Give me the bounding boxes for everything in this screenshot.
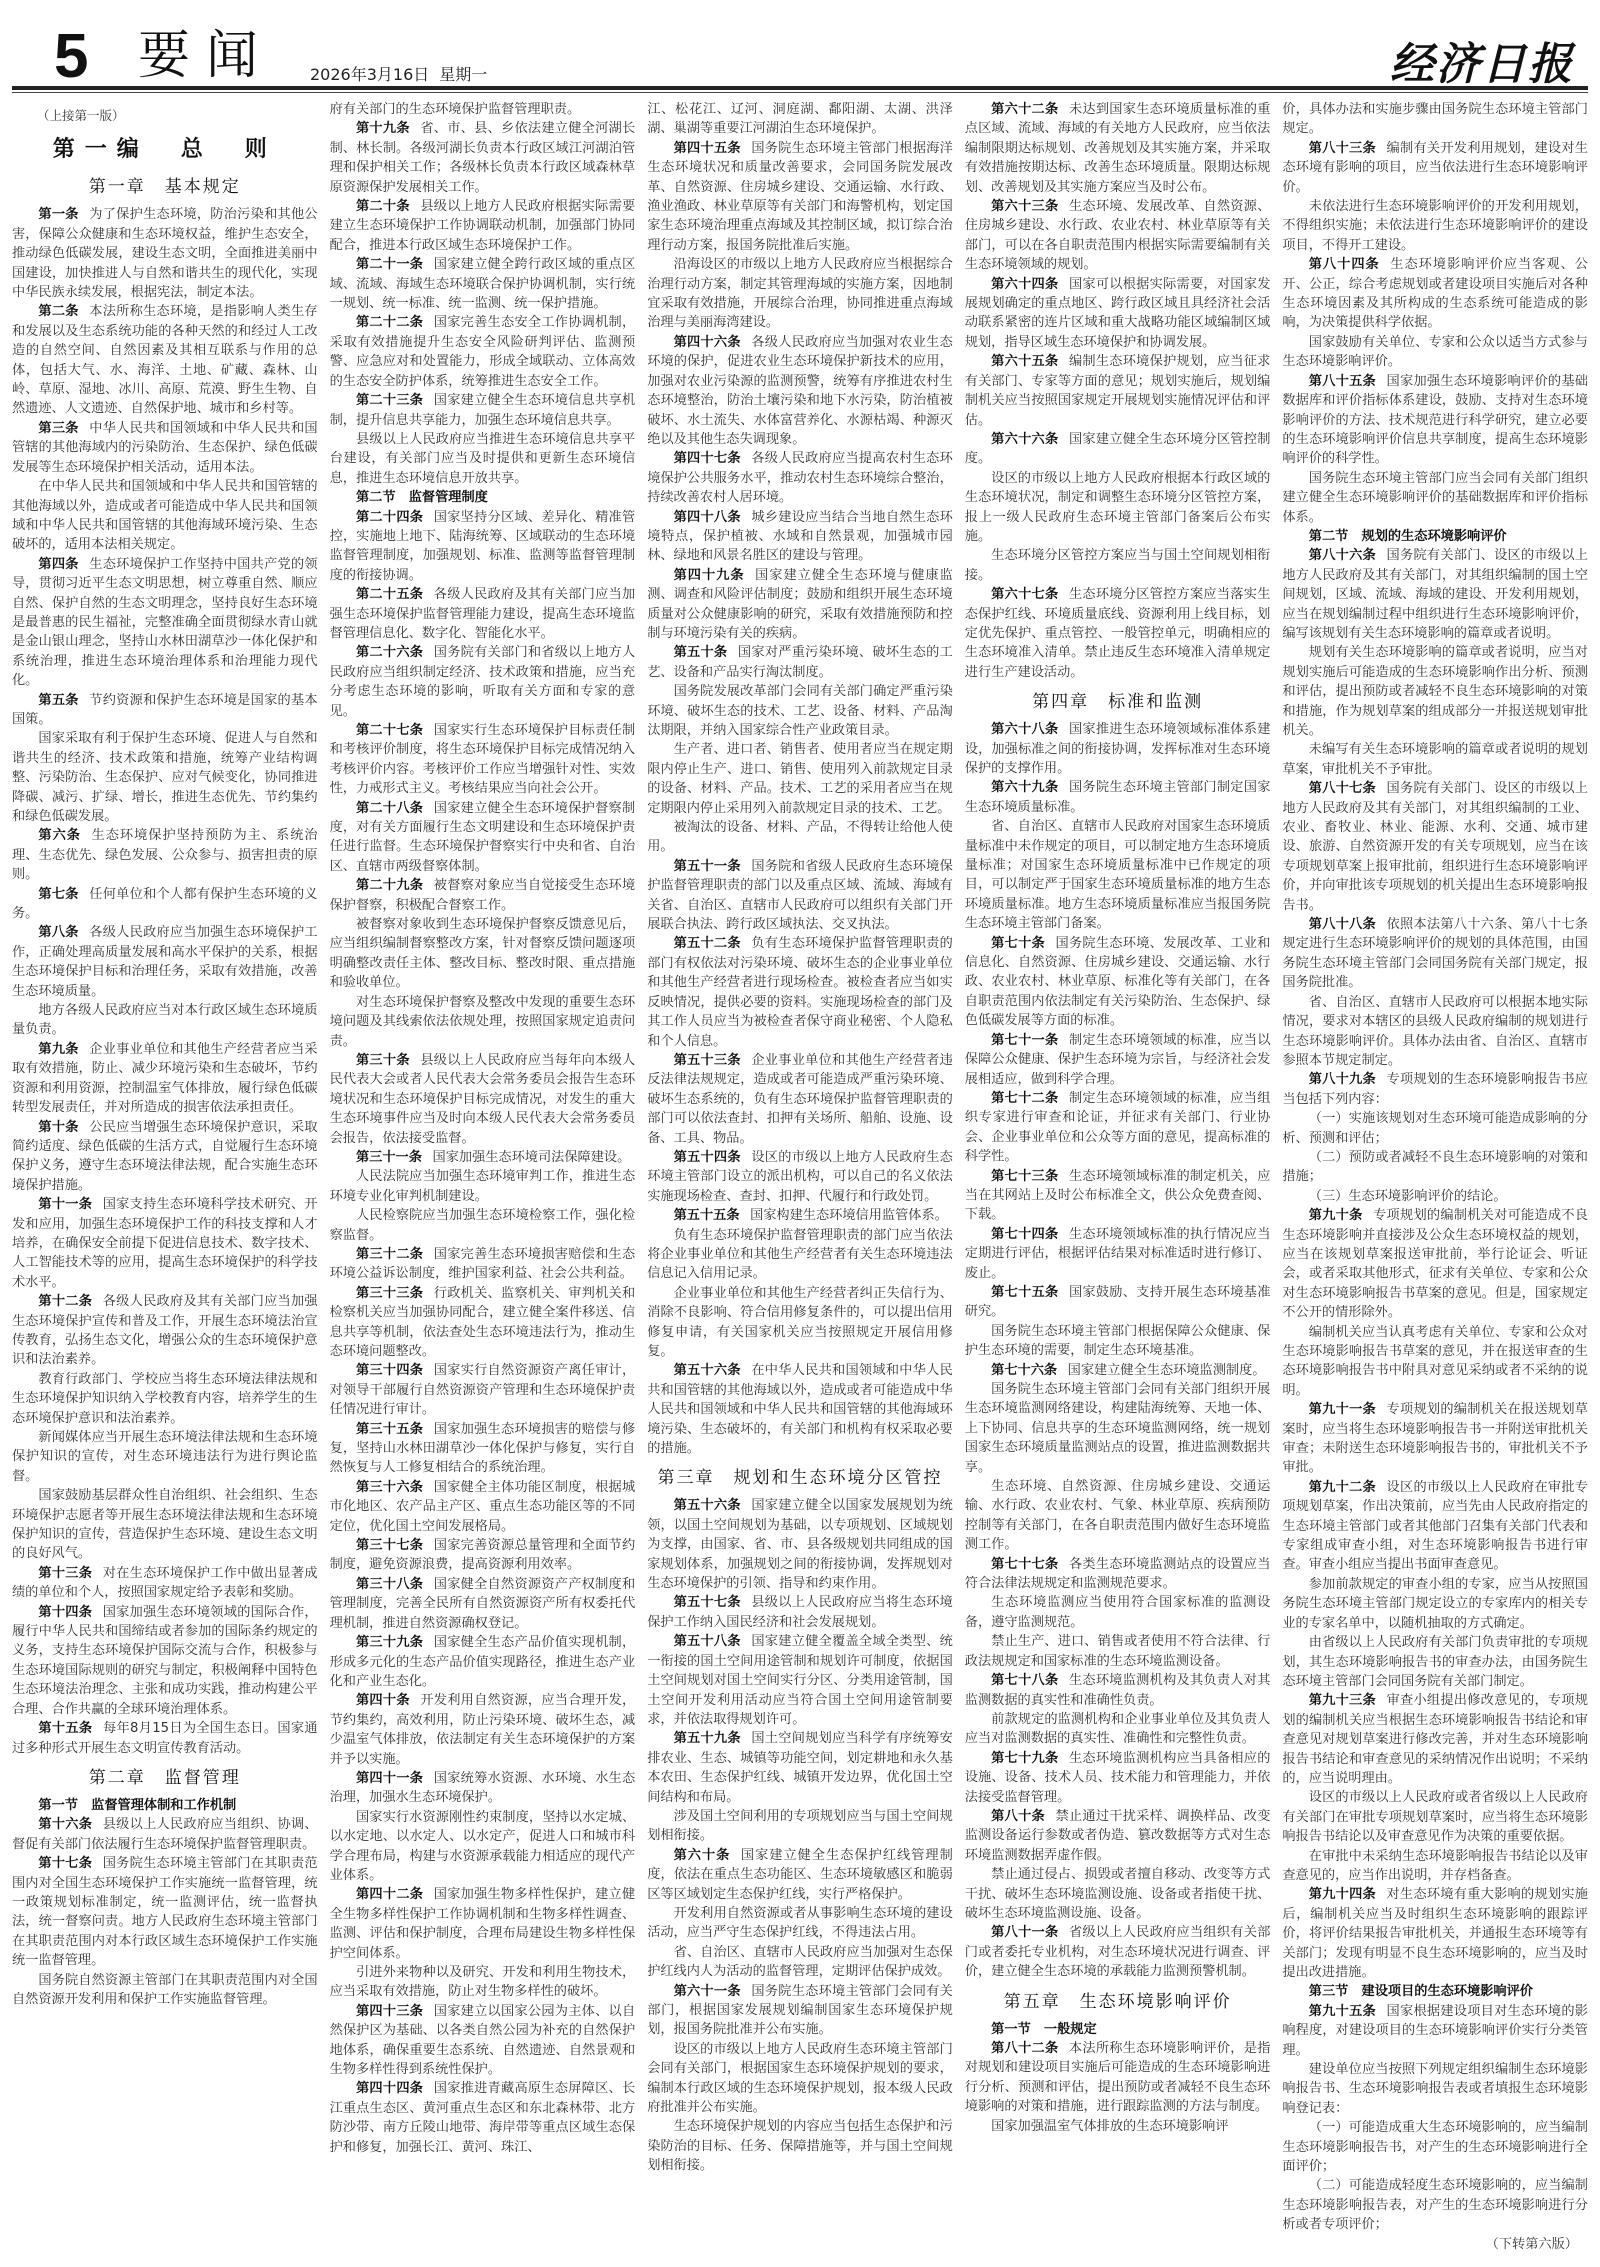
- article-text: 国家构建生态环境信用监管体系。: [750, 1208, 948, 1223]
- header-rule-thin: [12, 92, 1588, 93]
- article-paragraph: 第六条生态环境保护坚持预防为主、系统治理、生态优先、绿色发展、公众参与、损害担责…: [12, 826, 318, 884]
- body-paragraph: 生态环境、自然资源、住房城乡建设、交通运输、水行政、农业农村、气象、林业草原、疾…: [965, 1477, 1271, 1555]
- article-number: 第二十六条: [356, 645, 423, 660]
- article-paragraph: 第九十条专项规划的编制机关对可能造成不良生态环境影响并直接涉及公众生态环境权益的…: [1282, 1206, 1588, 1322]
- article-number: 第五十条: [674, 645, 728, 660]
- body-paragraph: 被淘汰的设备、材料、产品，不得转让给他人使用。: [647, 818, 953, 857]
- article-paragraph: 第五十七条县级以上人民政府应当将生态环境保护工作纳入国民经济和社会发展规划。: [647, 1593, 953, 1632]
- article-paragraph: 第七十八条生态环境监测机构及其负责人对其监测数据的真实性和准确性负责。: [965, 1671, 1271, 1710]
- article-paragraph: 第六十条国家建立健全生态保护红线管理制度，依法在重点生态功能区、生态环境敏感区和…: [647, 1846, 953, 1904]
- body-paragraph: 规划有关生态环境影响的篇章或者说明，应当对规划实施后可能造成的生态环境影响作出分…: [1282, 643, 1588, 740]
- article-number: 第二十二条: [356, 315, 423, 330]
- article-text: 负有生态环境保护监督管理职责的部门有权依法对污染环境、破坏生态的企业事业单位和其…: [647, 936, 953, 1048]
- article-paragraph: 第六十四条国家可以根据实际需要，对国家发展规划确定的重点地区、跨行政区域且具经济…: [965, 275, 1271, 353]
- article-number: 第六十一条: [674, 1984, 741, 1999]
- article-paragraph: 第八十四条生态环境影响评价应当客观、公开、公正，综合考虑规划或者建设项目实施后对…: [1282, 255, 1588, 333]
- article-paragraph: 第三十四条国家实行自然资源资产离任审计，对领导干部履行自然资源资产管理和生态环境…: [330, 1361, 636, 1419]
- article-paragraph: 第八十五条国家加强生态环境影响评价的基础数据库和评价指标体系建设，鼓励、支持对生…: [1282, 372, 1588, 469]
- article-paragraph: 第三十六条国家健全主体功能区制度，根据城市化地区、农产品主产区、重点生态功能区等…: [330, 1478, 636, 1536]
- article-paragraph: 第五十二条负有生态环境保护监督管理职责的部门有权依法对污染环境、破坏生态的企业事…: [647, 934, 953, 1050]
- article-number: 第五十六条: [674, 1363, 741, 1378]
- article-paragraph: 第八十二条本法所称生态环境影响评价，是指对规划和建设项目实施后可能造成的生态环境…: [965, 2039, 1271, 2117]
- article-number: 第八十七条: [1309, 781, 1376, 796]
- body-paragraph: （二）可能造成轻度生态环境影响的，应当编制生态环境影响报告表，对产生的生态环境影…: [1282, 2176, 1588, 2234]
- body-paragraph: 国家鼓励基层群众性自治组织、社会组织、生态环境保护志愿者等开展生态环境法律法规和…: [12, 1486, 318, 1564]
- article-paragraph: 第七十三条生态环境领域标准的制定机关，应当在其网站上及时公布标准全文，供公众免费…: [965, 1167, 1271, 1225]
- body-paragraph: 在中华人民共和国领域和中华人民共和国管辖的其他海域以外，造成或者可能造成中华人民…: [12, 477, 318, 555]
- article-paragraph: 第二十六条国务院有关部门和省级以上地方人民政府应当组织制定经济、技术政策和措施，…: [330, 643, 636, 721]
- date-text: 2026年3月16日: [310, 65, 429, 84]
- article-number: 第三十五条: [356, 1422, 423, 1437]
- article-columns: （上接第一版）第一编 总 则第一章 基本规定第一条为了保护生态环境，防治污染和其…: [12, 100, 1588, 2260]
- article-number: 第五十四条: [674, 1150, 741, 1165]
- article-paragraph: 第九十五条国家根据建设项目对生态环境的影响程度，对建设项目的生态环境影响评价实行…: [1282, 2002, 1588, 2060]
- article-paragraph: 第十条公民应当增强生态环境保护意识，采取简约适度、绿色低碳的生活方式，自觉履行生…: [12, 1118, 318, 1196]
- article-paragraph: 第五十六条国家建立健全以国家发展规划为统领，以国土空间规划为基础，以专项规划、区…: [647, 1496, 953, 1593]
- article-number: 第四十六条: [674, 335, 741, 350]
- article-number: 第七十八条: [991, 1673, 1058, 1688]
- body-paragraph: 生态环境保护规划的内容应当包括生态保护和污染防治的目标、任务、保障措施等，并与国…: [647, 2117, 953, 2175]
- article-paragraph: 第八十一条省级以上人民政府应当组织有关部门或者委托专业机构，对生态环境状况进行调…: [965, 1923, 1271, 1981]
- article-number: 第五十二条: [674, 936, 741, 951]
- article-number: 第四十四条: [356, 2081, 423, 2096]
- article-paragraph: 第二十九条被督察对象应当自觉接受生态环境保护督察，积极配合督察工作。: [330, 876, 636, 915]
- article-paragraph: 第六十九条国务院生态环境主管部门制定国家生态环境质量标准。: [965, 778, 1271, 817]
- body-paragraph: 新闻媒体应当开展生态环境法律法规和生态环境保护知识的宣传，对生态环境违法行为进行…: [12, 1428, 318, 1486]
- article-number: 第九十三条: [1309, 1693, 1376, 1708]
- body-paragraph: 引进外来物种以及研究、开发和利用生物技术，应当采取有效措施，防止对生物多样性的破…: [330, 1963, 636, 2002]
- article-number: 第八十一条: [991, 1925, 1058, 1940]
- article-paragraph: 第五十九条国土空间规划应当科学有序统筹安排农业、生态、城镇等功能空间，划定耕地和…: [647, 1729, 953, 1807]
- article-paragraph: 第五十条国家对严重污染环境、破坏生态的工艺、设备和产品实行淘汰制度。: [647, 643, 953, 682]
- article-paragraph: 第三十条县级以上人民政府应当每年向本级人民代表大会或者人民代表大会常务委员会报告…: [330, 1051, 636, 1148]
- body-paragraph: 编制机关应当认真考虑有关单位、专家和公众对生态环境影响报告书草案的意见，并在报送…: [1282, 1323, 1588, 1401]
- newspaper-logo: 经济日报: [1390, 28, 1574, 92]
- section-heading: 第一节 一般规定: [965, 2020, 1271, 2039]
- body-paragraph: （一）实施该规划对生态环境可能造成影响的分析、预测和评估；: [1282, 1109, 1588, 1148]
- article-text: 国务院有关部门、设区的市级以上地方人民政府及其有关部门，对其组织编制的工业、农业…: [1282, 781, 1588, 912]
- body-paragraph: 企业事业单位和其他生产经营者纠正失信行为、消除不良影响、符合信用修复条件的，可以…: [647, 1284, 953, 1362]
- article-number: 第二十一条: [356, 257, 423, 272]
- article-paragraph: 第六十六条国家建立健全生态环境分区管控制度。: [965, 430, 1271, 469]
- article-paragraph: 第四十四条国家推进青藏高原生态屏障区、长江重点生态区、黄河重点生态区和东北森林带…: [330, 2079, 636, 2157]
- article-number: 第八十条: [991, 1809, 1045, 1824]
- article-paragraph: 第七十七条各类生态环境监测站点的设置应当符合法律法规规定和监测规范要求。: [965, 1555, 1271, 1594]
- article-paragraph: 第二十五条各级人民政府及其有关部门应当加强生态环境保护监督管理能力建设，提高生态…: [330, 585, 636, 643]
- article-number: 第九条: [38, 1042, 78, 1057]
- body-paragraph: 国家加强温室气体排放的生态环境影响评: [965, 2117, 1271, 2136]
- article-text: 各级人民政府应当加强对农业生态环境的保护，促进农业生态环境保护新技术的应用，加强…: [647, 335, 953, 447]
- article-number: 第十条: [38, 1120, 78, 1135]
- article-number: 第四十一条: [356, 1771, 423, 1786]
- article-paragraph: 第七十六条国家建立健全生态环境监测制度。: [965, 1361, 1271, 1380]
- article-number: 第六十五条: [991, 354, 1058, 369]
- article-number: 第二十七条: [356, 723, 423, 738]
- article-paragraph: 第四十七条各级人民政府应当提高农村生态环境保护公共服务水平，推动农村生态环境综合…: [647, 449, 953, 507]
- article-number: 第二十九条: [356, 878, 423, 893]
- body-paragraph: 设区的市级以上人民政府或者省级以上人民政府有关部门在审批专项规划草案时，应当将生…: [1282, 1788, 1588, 1846]
- article-paragraph: 第六十一条国务院生态环境主管部门会同有关部门，根据国家发展规划编制国家生态环境保…: [647, 1982, 953, 2040]
- article-number: 第八十四条: [1309, 257, 1380, 272]
- article-paragraph: 第七十二条制定生态环境领域的标准，应当组织专家进行审查和论证，并征求有关部门、行…: [965, 1089, 1271, 1167]
- article-number: 第八条: [38, 925, 78, 940]
- article-number: 第四十五条: [674, 141, 741, 156]
- page-number: 5: [54, 26, 88, 88]
- article-paragraph: 第七条任何单位和个人都有保护生态环境的义务。: [12, 885, 318, 924]
- article-paragraph: 第五条节约资源和保护生态环境是国家的基本国策。: [12, 691, 318, 730]
- body-paragraph: 国务院生态环境主管部门应当会同有关部门组织建立健全生态环境影响评价的基础数据库和…: [1282, 469, 1588, 527]
- article-paragraph: 第二十七条国家实行生态环境保护目标责任制和考核评价制度，将生态环境保护目标完成情…: [330, 721, 636, 799]
- article-number: 第四十二条: [356, 1887, 423, 1902]
- article-number: 第七十条: [991, 936, 1045, 951]
- article-number: 第七十三条: [991, 1169, 1058, 1184]
- body-paragraph: 人民法院应当加强生态环境审判工作，推进生态环境专业化审判机制建设。: [330, 1167, 636, 1206]
- article-paragraph: 第四十三条国家建立以国家公园为主体、以自然保护区为基础、以各类自然公园为补充的自…: [330, 2002, 636, 2080]
- article-paragraph: 第十一条国家支持生态环境科学技术研究、开发和应用，加强生态环境保护工作的科技支撑…: [12, 1195, 318, 1292]
- article-paragraph: 第二十条县级以上地方人民政府根据实际需要建立生态环境保护工作协调联动机制，加强部…: [330, 197, 636, 255]
- chapter-heading: 第三章 规划和生态环境分区管控: [647, 1464, 953, 1492]
- body-paragraph: 禁止生产、进口、销售或者使用不符合法律、行政法规规定和国家标准的生态环境监测设备…: [965, 1632, 1271, 1671]
- article-paragraph: 第四十二条国家加强生物多样性保护，建立健全生物多样性保护工作协调机制和生物多样性…: [330, 1885, 636, 1963]
- article-paragraph: 第一条为了保护生态环境，防治污染和其他公害，保障公众健康和生态环境权益，维护生态…: [12, 205, 318, 302]
- article-number: 第七十九条: [991, 1751, 1058, 1766]
- body-paragraph: 国家采取有利于保护生态环境、促进人与自然和谐共生的经济、技术政策和措施，统筹产业…: [12, 729, 318, 826]
- section-heading: 第二节 规划的生态环境影响评价: [1282, 527, 1588, 546]
- body-paragraph: 国家实行水资源刚性约束制度，坚持以水定城、以水定地、以水定人、以水定产，促进人口…: [330, 1808, 636, 1886]
- body-paragraph: 未编写有关生态环境影响的篇章或者说明的规划草案，审批机关不予审批。: [1282, 740, 1588, 779]
- section-heading: 第一节 监督管理体制和工作机制: [12, 1796, 318, 1815]
- body-paragraph: 人民检察院应当加强生态环境检察工作，强化检察监督。: [330, 1206, 636, 1245]
- article-number: 第十四条: [38, 1605, 92, 1620]
- article-number: 第七条: [38, 887, 78, 902]
- article-paragraph: 第十四条国家加强生态环境领域的国际合作，履行中华人民共和国缔结或者参加的国际条约…: [12, 1603, 318, 1719]
- article-paragraph: 第六十五条编制生态环境保护规划，应当征求有关部门、专家等方面的意见；规划实施后，…: [965, 352, 1271, 430]
- article-number: 第四十八条: [674, 510, 741, 525]
- article-paragraph: 第九条企业事业单位和其他生产经营者应当采取有效措施，防止、减少环境污染和生态破坏…: [12, 1040, 318, 1118]
- article-number: 第七十七条: [991, 1557, 1058, 1572]
- article-number: 第三十条: [356, 1053, 410, 1068]
- article-number: 第五十三条: [674, 1053, 741, 1068]
- body-paragraph: 被督察对象收到生态环境保护督察反馈意见后，应当组织编制督察整改方案，针对督察反馈…: [330, 915, 636, 993]
- article-paragraph: 第八十九条专项规划的生态环境影响报告书应当包括下列内容：: [1282, 1070, 1588, 1109]
- article-number: 第二十四条: [356, 510, 423, 525]
- article-number: 第八十三条: [1309, 141, 1376, 156]
- article-number: 第十七条: [38, 1856, 92, 1871]
- article-number: 第十三条: [38, 1566, 92, 1581]
- article-number: 第九十条: [1309, 1208, 1363, 1223]
- body-paragraph: 设区的市级以上地方人民政府根据本行政区域的生态环境状况，制定和调整生态环境分区管…: [965, 469, 1271, 547]
- article-number: 第八十二条: [991, 2041, 1058, 2056]
- article-number: 第五条: [38, 693, 78, 708]
- article-number: 第六十九条: [991, 780, 1058, 795]
- chapter-heading: 第二章 监督管理: [12, 1764, 318, 1792]
- article-number: 第十二条: [38, 1294, 92, 1309]
- article-paragraph: 第二十一条国家建立健全跨行政区域的重点区域、流域、海域生态环境联合保护协调机制，…: [330, 255, 636, 313]
- article-paragraph: 第五十一条国务院和省级人民政府生态环境保护监督管理职责的部门以及重点区域、流域、…: [647, 857, 953, 935]
- article-paragraph: 第三条中华人民共和国领域和中华人民共和国管辖的其他海域内的污染防治、生态保护、绿…: [12, 419, 318, 477]
- article-number: 第七十四条: [991, 1227, 1058, 1242]
- article-paragraph: 第九十二条设区的市级以上人民政府在审批专项规划草案，作出决策前，应当先由人民政府…: [1282, 1478, 1588, 1575]
- article-paragraph: 第七十条国务院生态环境、发展改革、工业和信息化、自然资源、住房城乡建设、交通运输…: [965, 934, 1271, 1031]
- body-paragraph: 参加前款规定的审查小组的专家，应当从按照国务院生态环境主管部门规定设立的专家库内…: [1282, 1575, 1588, 1633]
- article-paragraph: 第五十三条企业事业单位和其他生产经营者违反法律法规规定，造成或者可能造成严重污染…: [647, 1051, 953, 1148]
- body-paragraph: 国家鼓励有关单位、专家和公众以适当方式参与生态环境影响评价。: [1282, 333, 1588, 372]
- article-paragraph: 第五十四条设区的市级以上地方人民政府生态环境主管部门设立的派出机构，可以自己的名…: [647, 1148, 953, 1206]
- article-paragraph: 第四十五条国务院生态环境主管部门根据海洋生态环境状况和质量改善要求，会同国务院发…: [647, 139, 953, 255]
- article-paragraph: 第七十九条生态环境监测机构应当具备相应的设施、设备、技术人员、技术能力和管理能力…: [965, 1749, 1271, 1807]
- article-paragraph: 第八十六条国务院有关部门、设区的市级以上地方人民政府及其有关部门，对其组织编制的…: [1282, 546, 1588, 643]
- article-text: 国家建立健全生态环境监测制度。: [1068, 1363, 1266, 1378]
- article-number: 第三十二条: [356, 1247, 423, 1262]
- article-number: 第一条: [38, 207, 78, 222]
- article-number: 第六十条: [674, 1848, 731, 1863]
- article-text: 国家加强生态环境领域的国际合作，履行中华人民共和国缔结或者参加的国际条约规定的义…: [12, 1605, 318, 1717]
- article-number: 第六十七条: [991, 587, 1058, 602]
- body-paragraph: （一）可能造成重大生态环境影响的，应当编制生态环境影响报告书，对产生的生态环境影…: [1282, 2118, 1588, 2176]
- article-number: 第六十四条: [991, 277, 1058, 292]
- issue-date: 2026年3月16日星期一: [310, 62, 487, 85]
- article-number: 第七十六条: [991, 1363, 1057, 1378]
- article-number: 第三十一条: [356, 1150, 422, 1165]
- chapter-heading: 第四章 标准和监测: [965, 688, 1271, 716]
- body-paragraph: 涉及国土空间利用的专项规划应当与国土空间规划相衔接。: [647, 1807, 953, 1846]
- body-paragraph: （二）预防或者减轻不良生态环境影响的对策和措施；: [1282, 1148, 1588, 1187]
- article-paragraph: 第三十七条国家完善资源总量管理和全面节约制度，避免资源浪费，提高资源利用效率。: [330, 1536, 636, 1575]
- article-number: 第二十三条: [356, 393, 423, 408]
- article-number: 第二条: [38, 304, 78, 319]
- part-heading: 第一编 总 则: [12, 133, 318, 165]
- article-number: 第三十七条: [356, 1538, 423, 1553]
- article-number: 第六十八条: [991, 722, 1058, 737]
- article-number: 第三十三条: [356, 1286, 423, 1301]
- article-paragraph: 第八十条禁止通过干扰采样、调换样品、改变监测设备运行参数或者伪造、篡改数据等方式…: [965, 1807, 1271, 1865]
- article-paragraph: 第十二条各级人民政府及其有关部门应当加强生态环境保护宣传和普及工作，开展生态环境…: [12, 1292, 318, 1370]
- weekday-text: 星期一: [439, 65, 487, 84]
- article-text: 生态环境保护工作坚持中国共产党的领导，贯彻习近平生态文明思想，树立尊重自然、顺应…: [12, 557, 318, 688]
- article-paragraph: 第五十八条国家建立健全覆盖全域全类型、统一衔接的国土空间用途管制和规划许可制度，…: [647, 1632, 953, 1729]
- article-number: 第二十条: [356, 199, 410, 214]
- body-paragraph: 生态环境分区管控方案应当与国土空间规划相衔接。: [965, 546, 1271, 585]
- article-paragraph: 第四十六条各级人民政府应当加强对农业生态环境的保护，促进农业生态环境保护新技术的…: [647, 333, 953, 449]
- article-number: 第三十八条: [356, 1577, 423, 1592]
- article-number: 第八十五条: [1309, 374, 1376, 389]
- article-number: 第六十六条: [991, 432, 1058, 447]
- body-paragraph: 由省级以上人民政府有关部门负责审批的专项规划，其生态环境影响报告书的审查办法，由…: [1282, 1633, 1588, 1691]
- masthead: 5 要闻 2026年3月16日星期一 经济日报: [0, 0, 1600, 92]
- body-paragraph: 县级以上人民政府应当推进生态环境信息共享平台建设，有关部门应当及时提供和更新生态…: [330, 430, 636, 488]
- article-number: 第六十二条: [991, 102, 1058, 117]
- body-paragraph: 生产者、进口者、销售者、使用者应当在规定期限内停止生产、进口、销售、使用列入前款…: [647, 740, 953, 818]
- article-number: 第五十九条: [674, 1731, 741, 1746]
- article-number: 第五十八条: [674, 1634, 741, 1649]
- body-paragraph: 前款规定的监测机构和企业事业单位及其负责人应当对监测数据的真实性、准确性和完整性…: [965, 1710, 1271, 1749]
- article-paragraph: 第二条本法所称生态环境，是指影响人类生存和发展以及生态系统功能的各种天然的和经过…: [12, 302, 318, 418]
- article-text: 专项规划的编制机关对可能造成不良生态环境影响并直接涉及公众生态环境权益的规划，应…: [1282, 1208, 1588, 1320]
- body-paragraph: 沿海设区的市级以上地方人民政府应当根据综合治理行动方案，制定其管理海域的实施方案…: [647, 255, 953, 333]
- column-5: 价，具体办法和实施步骤由国务院生态环境主管部门规定。第八十三条编制有关开发利用规…: [1282, 100, 1588, 2260]
- article-number: 第五十六条: [674, 1498, 741, 1513]
- continued-paragraph: 江、松花江、辽河、洞庭湖、鄱阳湖、太湖、洪泽湖、巢湖等重要江河湖泊生态环境保护。: [647, 100, 953, 139]
- article-paragraph: 第三十五条国家加强生态环境损害的赔偿与修复，坚持山水林田湖草沙一体化保护与修复，…: [330, 1420, 636, 1478]
- section-heading: 第二节 监督管理制度: [330, 488, 636, 507]
- article-number: 第七十一条: [991, 1033, 1058, 1048]
- article-paragraph: 第七十五条国家鼓励、支持开展生态环境基准研究。: [965, 1283, 1271, 1322]
- article-number: 第六条: [38, 828, 81, 843]
- column-1: （上接第一版）第一编 总 则第一章 基本规定第一条为了保护生态环境，防治污染和其…: [12, 100, 318, 2260]
- article-number: 第十六条: [38, 1817, 92, 1832]
- article-number: 第四十七条: [674, 451, 741, 466]
- article-number: 第三十九条: [356, 1635, 423, 1650]
- article-paragraph: 第二十八条国家建立健全生态环境保护督察制度，对有关方面履行生态文明建设和生态环境…: [330, 799, 636, 877]
- article-number: 第四条: [38, 557, 78, 572]
- article-paragraph: 第三十二条国家完善生态环境损害赔偿和生态环境公益诉讼制度，维护国家利益、社会公共…: [330, 1245, 636, 1284]
- body-paragraph: 未依法进行生态环境影响评价的开发利用规划，不得组织实施；未依法进行生态环境影响评…: [1282, 197, 1588, 255]
- body-paragraph: （三）生态环境影响评价的结论。: [1282, 1187, 1588, 1206]
- article-paragraph: 第九十四条对生态环境有重大影响的规划实施后，编制机关应当及时组织生态环境影响的跟…: [1282, 1885, 1588, 1982]
- article-number: 第三条: [38, 421, 78, 436]
- article-paragraph: 第六十八条国家推进生态环境领域标准体系建设，加强标准之间的衔接协调，发挥标准对生…: [965, 720, 1271, 778]
- article-number: 第四十条: [356, 1693, 410, 1708]
- article-paragraph: 第十五条每年8月15日为全国生态日。国家通过多种形式开展生态文明宣传教育活动。: [12, 1719, 318, 1758]
- chapter-heading: 第五章 生态环境影响评价: [965, 1988, 1271, 2016]
- article-number: 第五十一条: [674, 859, 741, 874]
- header-rule: [12, 86, 1588, 90]
- article-number: 第七十二条: [991, 1091, 1058, 1106]
- chapter-heading: 第一章 基本规定: [12, 173, 318, 201]
- article-paragraph: 第十九条省、市、县、乡依法建立健全河湖长制、林长制。各级河湖长负责本行政区域江河…: [330, 119, 636, 197]
- body-paragraph: 省、自治区、直辖市人民政府对国家生态环境质量标准中未作规定的项目，可以制定地方生…: [965, 817, 1271, 933]
- body-paragraph: 教育行政部门、学校应当将生态环境法律法规和生态环境保护知识纳入学校教育内容，培养…: [12, 1370, 318, 1428]
- body-paragraph: 地方各级人民政府应当对本行政区域生态环境质量负责。: [12, 1001, 318, 1040]
- article-paragraph: 第七十一条制定生态环境领域的标准，应当以保障公众健康、保护生态环境为宗旨，与经济…: [965, 1031, 1271, 1089]
- body-paragraph: 生态环境监测应当使用符合国家标准的监测设备，遵守监测规范。: [965, 1593, 1271, 1632]
- body-paragraph: 省、自治区、直辖市人民政府可以根据本地实际情况，要求对本辖区的县级人民政府编制的…: [1282, 993, 1588, 1071]
- article-number: 第十五条: [38, 1721, 92, 1736]
- article-paragraph: 第九十一条专项规划的编制机关在报送规划草案时，应当将生态环境影响报告书一并附送审…: [1282, 1400, 1588, 1478]
- article-paragraph: 第十三条对在生态环境保护工作中做出显著成绩的单位和个人，按照国家规定给予表彰和奖…: [12, 1564, 318, 1603]
- body-paragraph: 对生态环境保护督察及整改中发现的重要生态环境问题及其线索依法依规处理，按照国家规…: [330, 993, 636, 1051]
- article-number: 第二十八条: [356, 801, 423, 816]
- article-paragraph: 第二十三条国家建立健全生态环境信息共享机制，提升信息共享能力，加强生态环境信息共…: [330, 391, 636, 430]
- article-number: 第四十三条: [356, 2004, 423, 2019]
- article-number: 第十一条: [38, 1197, 92, 1212]
- article-paragraph: 第三十八条国家健全自然资源资产产权制度和管理制度，完善全民所有自然资源资产所有权…: [330, 1575, 636, 1633]
- continued-to-note: （下转第六版）: [1282, 2235, 1588, 2254]
- column-3: 江、松花江、辽河、洞庭湖、鄱阳湖、太湖、洪泽湖、巢湖等重要江河湖泊生态环境保护。…: [647, 100, 953, 2260]
- article-paragraph: 第八条各级人民政府应当加强生态环境保护工作，正确处理高质量发展和高水平保护的关系…: [12, 923, 318, 1001]
- article-text: 国务院生态环境主管部门根据海洋生态环境状况和质量改善要求，会同国务院发展改革、自…: [647, 141, 953, 253]
- article-number: 第三十六条: [356, 1480, 423, 1495]
- article-paragraph: 第六十三条生态环境、发展改革、自然资源、住房城乡建设、水行政、农业农村、林业草原…: [965, 197, 1271, 275]
- article-number: 第五十七条: [674, 1595, 741, 1610]
- article-number: 第六十三条: [991, 199, 1058, 214]
- article-paragraph: 第二十四条国家坚持分区域、差异化、精准管控，实施地上地下、陆海统筹、区域联动的生…: [330, 508, 636, 586]
- article-paragraph: 第七十四条生态环境领域标准的执行情况应当定期进行评估，根据评估结果对标准适时进行…: [965, 1225, 1271, 1283]
- continued-from-note: （上接第一版）: [12, 106, 318, 125]
- article-paragraph: 第四十八条城乡建设应当结合当地自然生态环境特点，保护植被、水域和自然景观，加强城…: [647, 508, 953, 566]
- body-paragraph: 国务院自然资源主管部门在其职责范围内对全国自然资源开发利用和保护工作实施监督管理…: [12, 1971, 318, 2010]
- article-paragraph: 第六十二条未达到国家生态环境质量标准的重点区域、流域、海域的有关地方人民政府，应…: [965, 100, 1271, 197]
- article-paragraph: 第八十八条依照本法第八十六条、第八十七条规定进行生态环境影响评价的规划的具体范围…: [1282, 915, 1588, 993]
- body-paragraph: 国务院发展改革部门会同有关部门确定严重污染环境、破坏生态的技术、工艺、设备、材料…: [647, 682, 953, 740]
- article-text: 本法所称生态环境，是指影响人类生存和发展以及生态系统功能的各种天然的和经过人工改…: [12, 304, 318, 416]
- section-heading: 第三节 建设项目的生态环境影响评价: [1282, 1982, 1588, 2001]
- body-paragraph: 国务院生态环境主管部门根据保障公众健康、保护生态环境的需要，制定生态环境基准。: [965, 1322, 1271, 1361]
- continued-paragraph: 府有关部门的生态环境保护监督管理职责。: [330, 100, 636, 119]
- section-name: 要闻: [138, 28, 274, 84]
- article-paragraph: 第八十三条编制有关开发利用规划，建设对生态环境有影响的项目，应当依法进行生态环境…: [1282, 139, 1588, 197]
- article-paragraph: 第五十五条国家构建生态环境信用监管体系。: [647, 1206, 953, 1225]
- article-paragraph: 第四十一条国家统筹水资源、水环境、水生态治理，加强水生态环境保护。: [330, 1769, 636, 1808]
- article-number: 第八十九条: [1309, 1072, 1376, 1087]
- article-paragraph: 第四条生态环境保护工作坚持中国共产党的领导，贯彻习近平生态文明思想，树立尊重自然…: [12, 555, 318, 691]
- column-4: 第六十二条未达到国家生态环境质量标准的重点区域、流域、海域的有关地方人民政府，应…: [965, 100, 1271, 2260]
- article-number: 第九十一条: [1309, 1402, 1376, 1417]
- article-number: 第二十五条: [356, 587, 423, 602]
- continued-paragraph: 价，具体办法和实施步骤由国务院生态环境主管部门规定。: [1282, 100, 1588, 139]
- body-paragraph: 设区的市级以上地方人民政府生态环境主管部门会同有关部门，根据国家生态环境保护规划…: [647, 2040, 953, 2118]
- body-paragraph: 禁止通过侵占、损毁或者擅自移动、改变等方式干扰、破坏生态环境监测设施、设备或者指…: [965, 1865, 1271, 1923]
- article-paragraph: 第十六条县级以上人民政府应当组织、协调、督促有关部门依法履行生态环境保护监督管理…: [12, 1815, 318, 1854]
- article-number: 第十九条: [356, 121, 410, 136]
- body-paragraph: 国务院生态环境主管部门会同有关部门组织开展生态环境监测网络建设，构建陆海统筹、天…: [965, 1380, 1271, 1477]
- article-text: 国务院生态环境主管部门在其职责范围内对全国生态环境保护工作实施统一监督管理，统一…: [12, 1856, 318, 1968]
- article-paragraph: 第二十二条国家完善生态安全工作协调机制，采取有效措施提升生态安全风险研判评估、监…: [330, 313, 636, 391]
- body-paragraph: 省、自治区、直辖市人民政府应当加强对生态保护红线内人为活动的监督管理，定期评估保…: [647, 1943, 953, 1982]
- article-number: 第九十四条: [1309, 1887, 1376, 1902]
- article-text: 国家加强生态环境司法保障建设。: [432, 1150, 630, 1165]
- body-paragraph: 在审批中未采纳生态环境影响报告书结论以及审查意见的，应当作出说明，并存档备查。: [1282, 1847, 1588, 1886]
- article-number: 第五十五条: [674, 1208, 740, 1223]
- article-number: 第三十四条: [356, 1363, 423, 1378]
- article-paragraph: 第十七条国务院生态环境主管部门在其职责范围内对全国生态环境保护工作实施统一监督管…: [12, 1854, 318, 1970]
- article-number: 第九十二条: [1309, 1480, 1376, 1495]
- article-number: 第八十六条: [1309, 548, 1376, 563]
- article-paragraph: 第四十条开发利用自然资源，应当合理开发，节约集约，高效利用，防止污染环境、破坏生…: [330, 1691, 636, 1769]
- article-paragraph: 第五十六条在中华人民共和国领域和中华人民共和国管辖的其他海域以外，造成或者可能造…: [647, 1361, 953, 1458]
- article-number: 第九十五条: [1309, 2004, 1376, 2019]
- article-paragraph: 第四十九条国家建立健全生态环境与健康监测、调查和风险评估制度；鼓励和组织开展生态…: [647, 566, 953, 644]
- article-paragraph: 第三十三条行政机关、监察机关、审判机关和检察机关应当加强协同配合，建立健全案件移…: [330, 1284, 636, 1362]
- article-paragraph: 第九十三条审查小组提出修改意见的，专项规划的编制机关应当根据生态环境影响报告书结…: [1282, 1691, 1588, 1788]
- column-2: 府有关部门的生态环境保护监督管理职责。第十九条省、市、县、乡依法建立健全河湖长制…: [330, 100, 636, 2260]
- body-paragraph: 开发利用自然资源或者从事影响生态环境的建设活动，应当严守生态保护红线，不得违法占…: [647, 1904, 953, 1943]
- article-number: 第七十五条: [991, 1285, 1058, 1300]
- article-number: 第四十九条: [674, 568, 745, 583]
- article-paragraph: 第六十七条生态环境分区管控方案应当落实生态保护红线、环境质量底线、资源利用上线目…: [965, 585, 1271, 682]
- article-paragraph: 第三十九条国家健全生态产品价值实现机制，形成多元化的生态产品价值实现路径，推进生…: [330, 1633, 636, 1691]
- article-paragraph: 第三十一条国家加强生态环境司法保障建设。: [330, 1148, 636, 1167]
- article-paragraph: 第八十七条国务院有关部门、设区的市级以上地方人民政府及其有关部门，对其组织编制的…: [1282, 779, 1588, 915]
- article-number: 第八十八条: [1309, 917, 1376, 932]
- body-paragraph: 负有生态环境保护监督管理职责的部门应当依法将企业事业单位和其他生产经营者有关生态…: [647, 1226, 953, 1284]
- body-paragraph: 建设单位应当按照下列规定组织编制生态环境影响报告书、生态环境影响报告表或者填报生…: [1282, 2060, 1588, 2118]
